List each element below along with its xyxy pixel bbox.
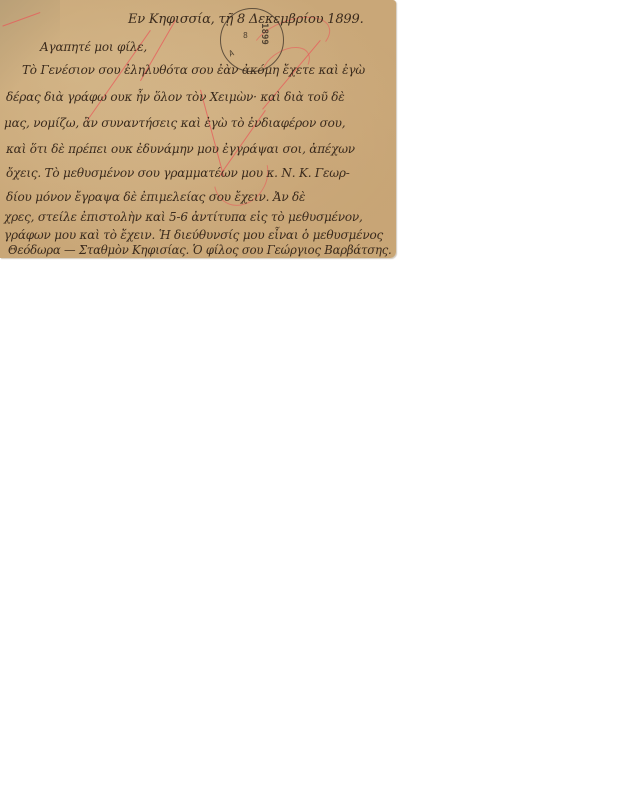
body-line: μας, νομίζω, ἂν συναντήσεις καὶ ἐγὼ τὸ ἐ… [4, 116, 345, 130]
year: 1899. [327, 12, 363, 27]
body-line: Τὸ Γενέσιον σου ἐληλυθότα σου ἐὰν ἀκόμη … [22, 63, 365, 77]
body-line: χρες, στείλε ἐπιστολὴν καὶ 5-6 ἀντίτυπα … [4, 210, 363, 224]
body-line: Θεόδωρα — Σταθμὸν Κηφισίας. Ὁ φίλος σου … [8, 243, 392, 257]
body-line: δέρας διὰ γράφω ουκ ἦν ὅλον τὸν Χειμὼν· … [6, 90, 345, 104]
greeting-line: Αγαπητέ μοι φίλε, [40, 40, 147, 54]
place-date: Εν Κηφισσία, τῇ 8 Δεκεμβρίου [128, 12, 323, 27]
handwritten-text: Εν Κηφισσία, τῇ 8 Δεκεμβρίου 1899. Αγαπη… [0, 0, 396, 258]
body-line: γράφων μου καὶ τὸ ἔχειν. Ἡ διεύθυνσίς μο… [4, 228, 383, 242]
body-line: καὶ ὅτι δὲ πρέπει ουκ ἐδυνάμην μου ἐγγρά… [6, 142, 355, 156]
place-date-line: Εν Κηφισσία, τῇ 8 Δεκεμβρίου 1899. [128, 12, 364, 27]
body-line: δίου μόνον ἔγραψα δὲ ἐπιμελείας σου ἔχει… [6, 190, 305, 204]
postcard-scan: 8 1899 A Εν Κηφισσία, τῇ 8 Δεκεμβρίου 18… [0, 0, 396, 258]
body-line: ὄχεις. Τὸ μεθυσμένον σου γραμματέων μου … [6, 166, 350, 180]
page: 8 1899 A Εν Κηφισσία, τῇ 8 Δεκεμβρίου 18… [0, 0, 618, 800]
